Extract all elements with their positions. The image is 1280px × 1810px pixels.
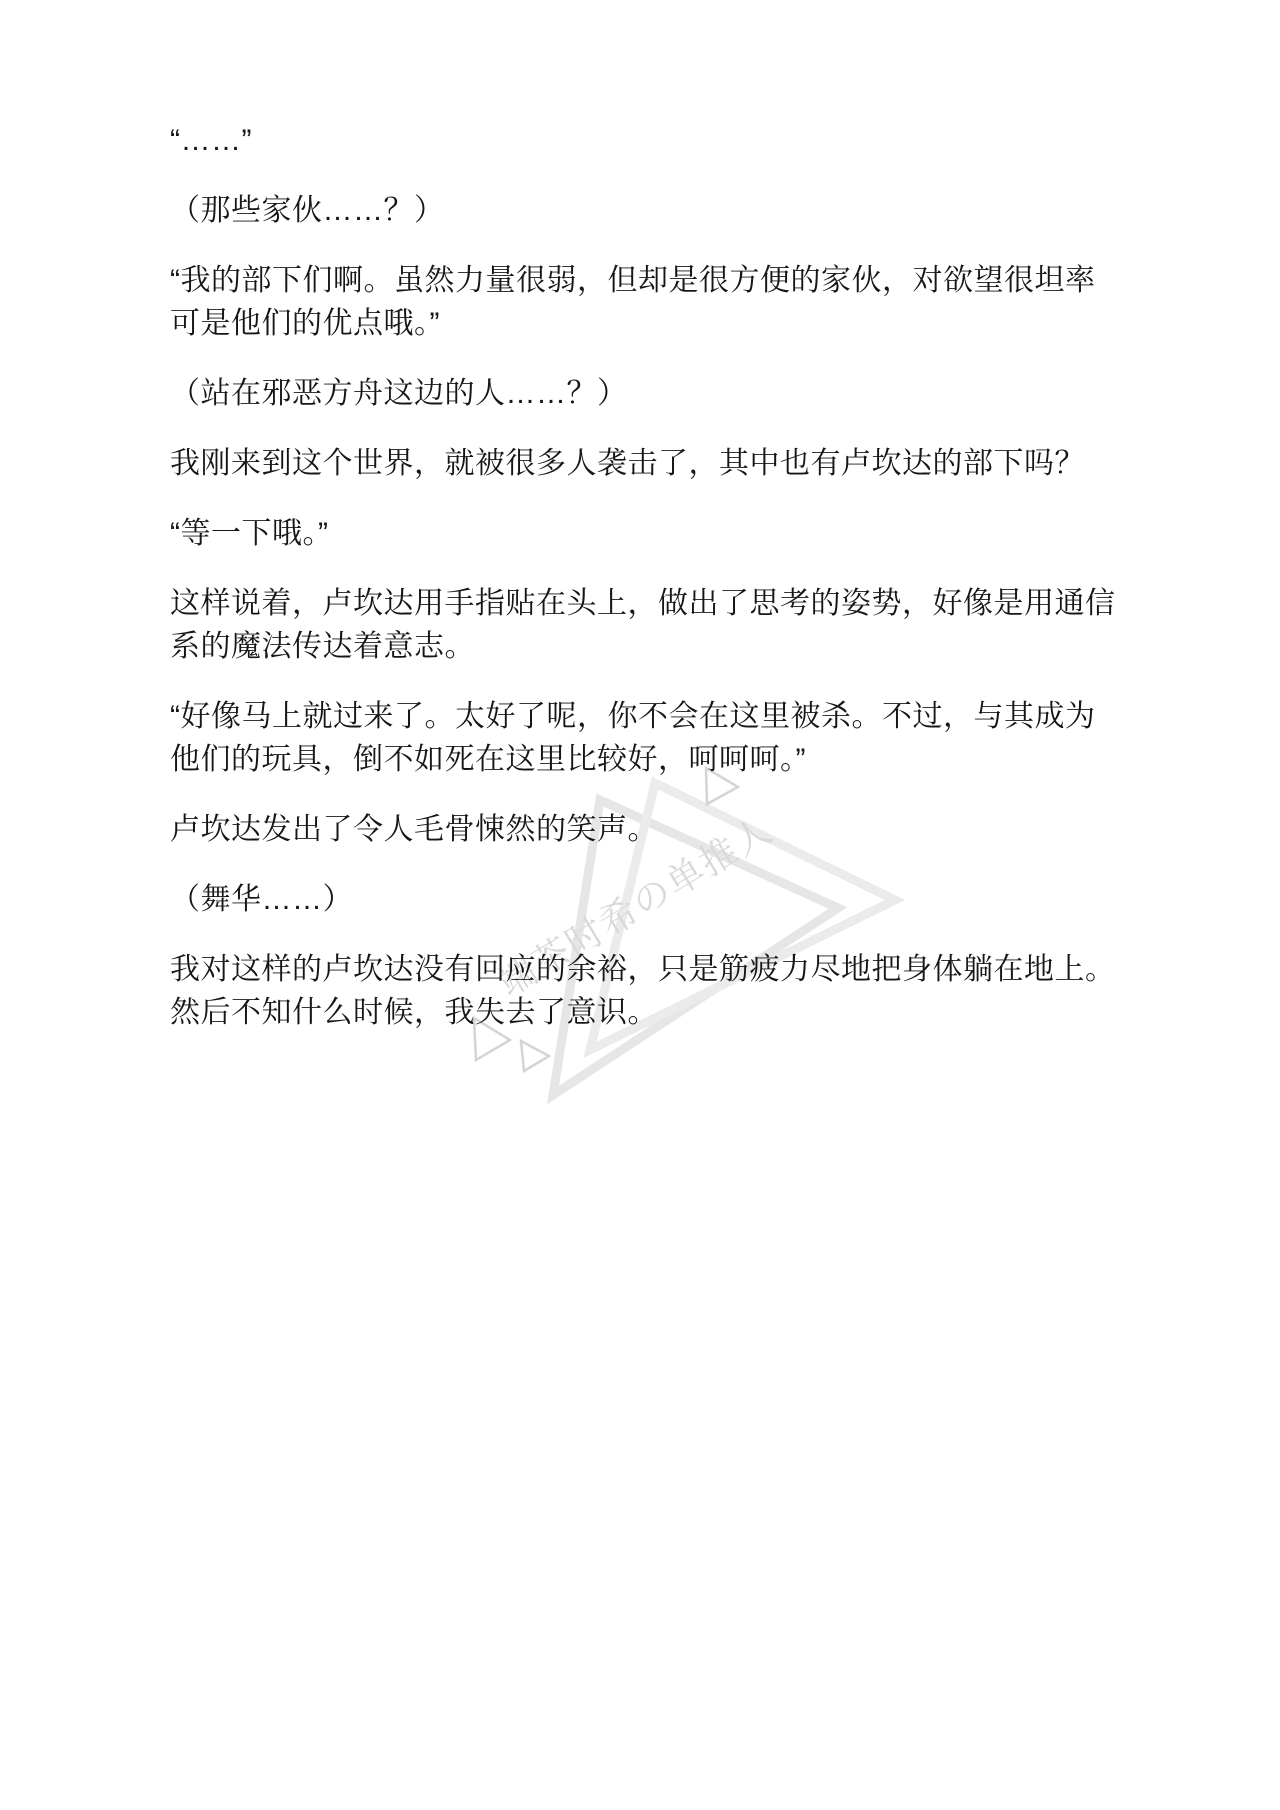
paragraph: （那些家伙……？） (170, 189, 1118, 232)
paragraph: 卢坎达发出了令人毛骨悚然的笑声。 (170, 808, 1118, 851)
document-page: 端茶时希の单推人 “……” （那些家伙……？） “我的部下们啊。虽然力量很弱，但… (0, 0, 1280, 1810)
novel-text-block: “……” （那些家伙……？） “我的部下们啊。虽然力量很弱，但却是很方便的家伙，… (170, 119, 1118, 1061)
paragraph: （舞华……） (170, 878, 1118, 921)
paragraph: “等一下哦。” (170, 512, 1118, 555)
paragraph: “我的部下们啊。虽然力量很弱，但却是很方便的家伙，对欲望很坦率可是他们的优点哦。… (170, 259, 1118, 345)
paragraph: “……” (170, 119, 1118, 162)
paragraph: 我刚来到这个世界，就被很多人袭击了，其中也有卢坎达的部下吗？ (170, 442, 1118, 485)
paragraph: 这样说着，卢坎达用手指贴在头上，做出了思考的姿势，好像是用通信系的魔法传达着意志… (170, 582, 1118, 668)
paragraph: “好像马上就过来了。太好了呢，你不会在这里被杀。不过，与其成为他们的玩具，倒不如… (170, 695, 1118, 781)
paragraph: 我对这样的卢坎达没有回应的余裕，只是筋疲力尽地把身体躺在地上。然后不知什么时候，… (170, 948, 1118, 1034)
paragraph: （站在邪恶方舟这边的人……？） (170, 372, 1118, 415)
